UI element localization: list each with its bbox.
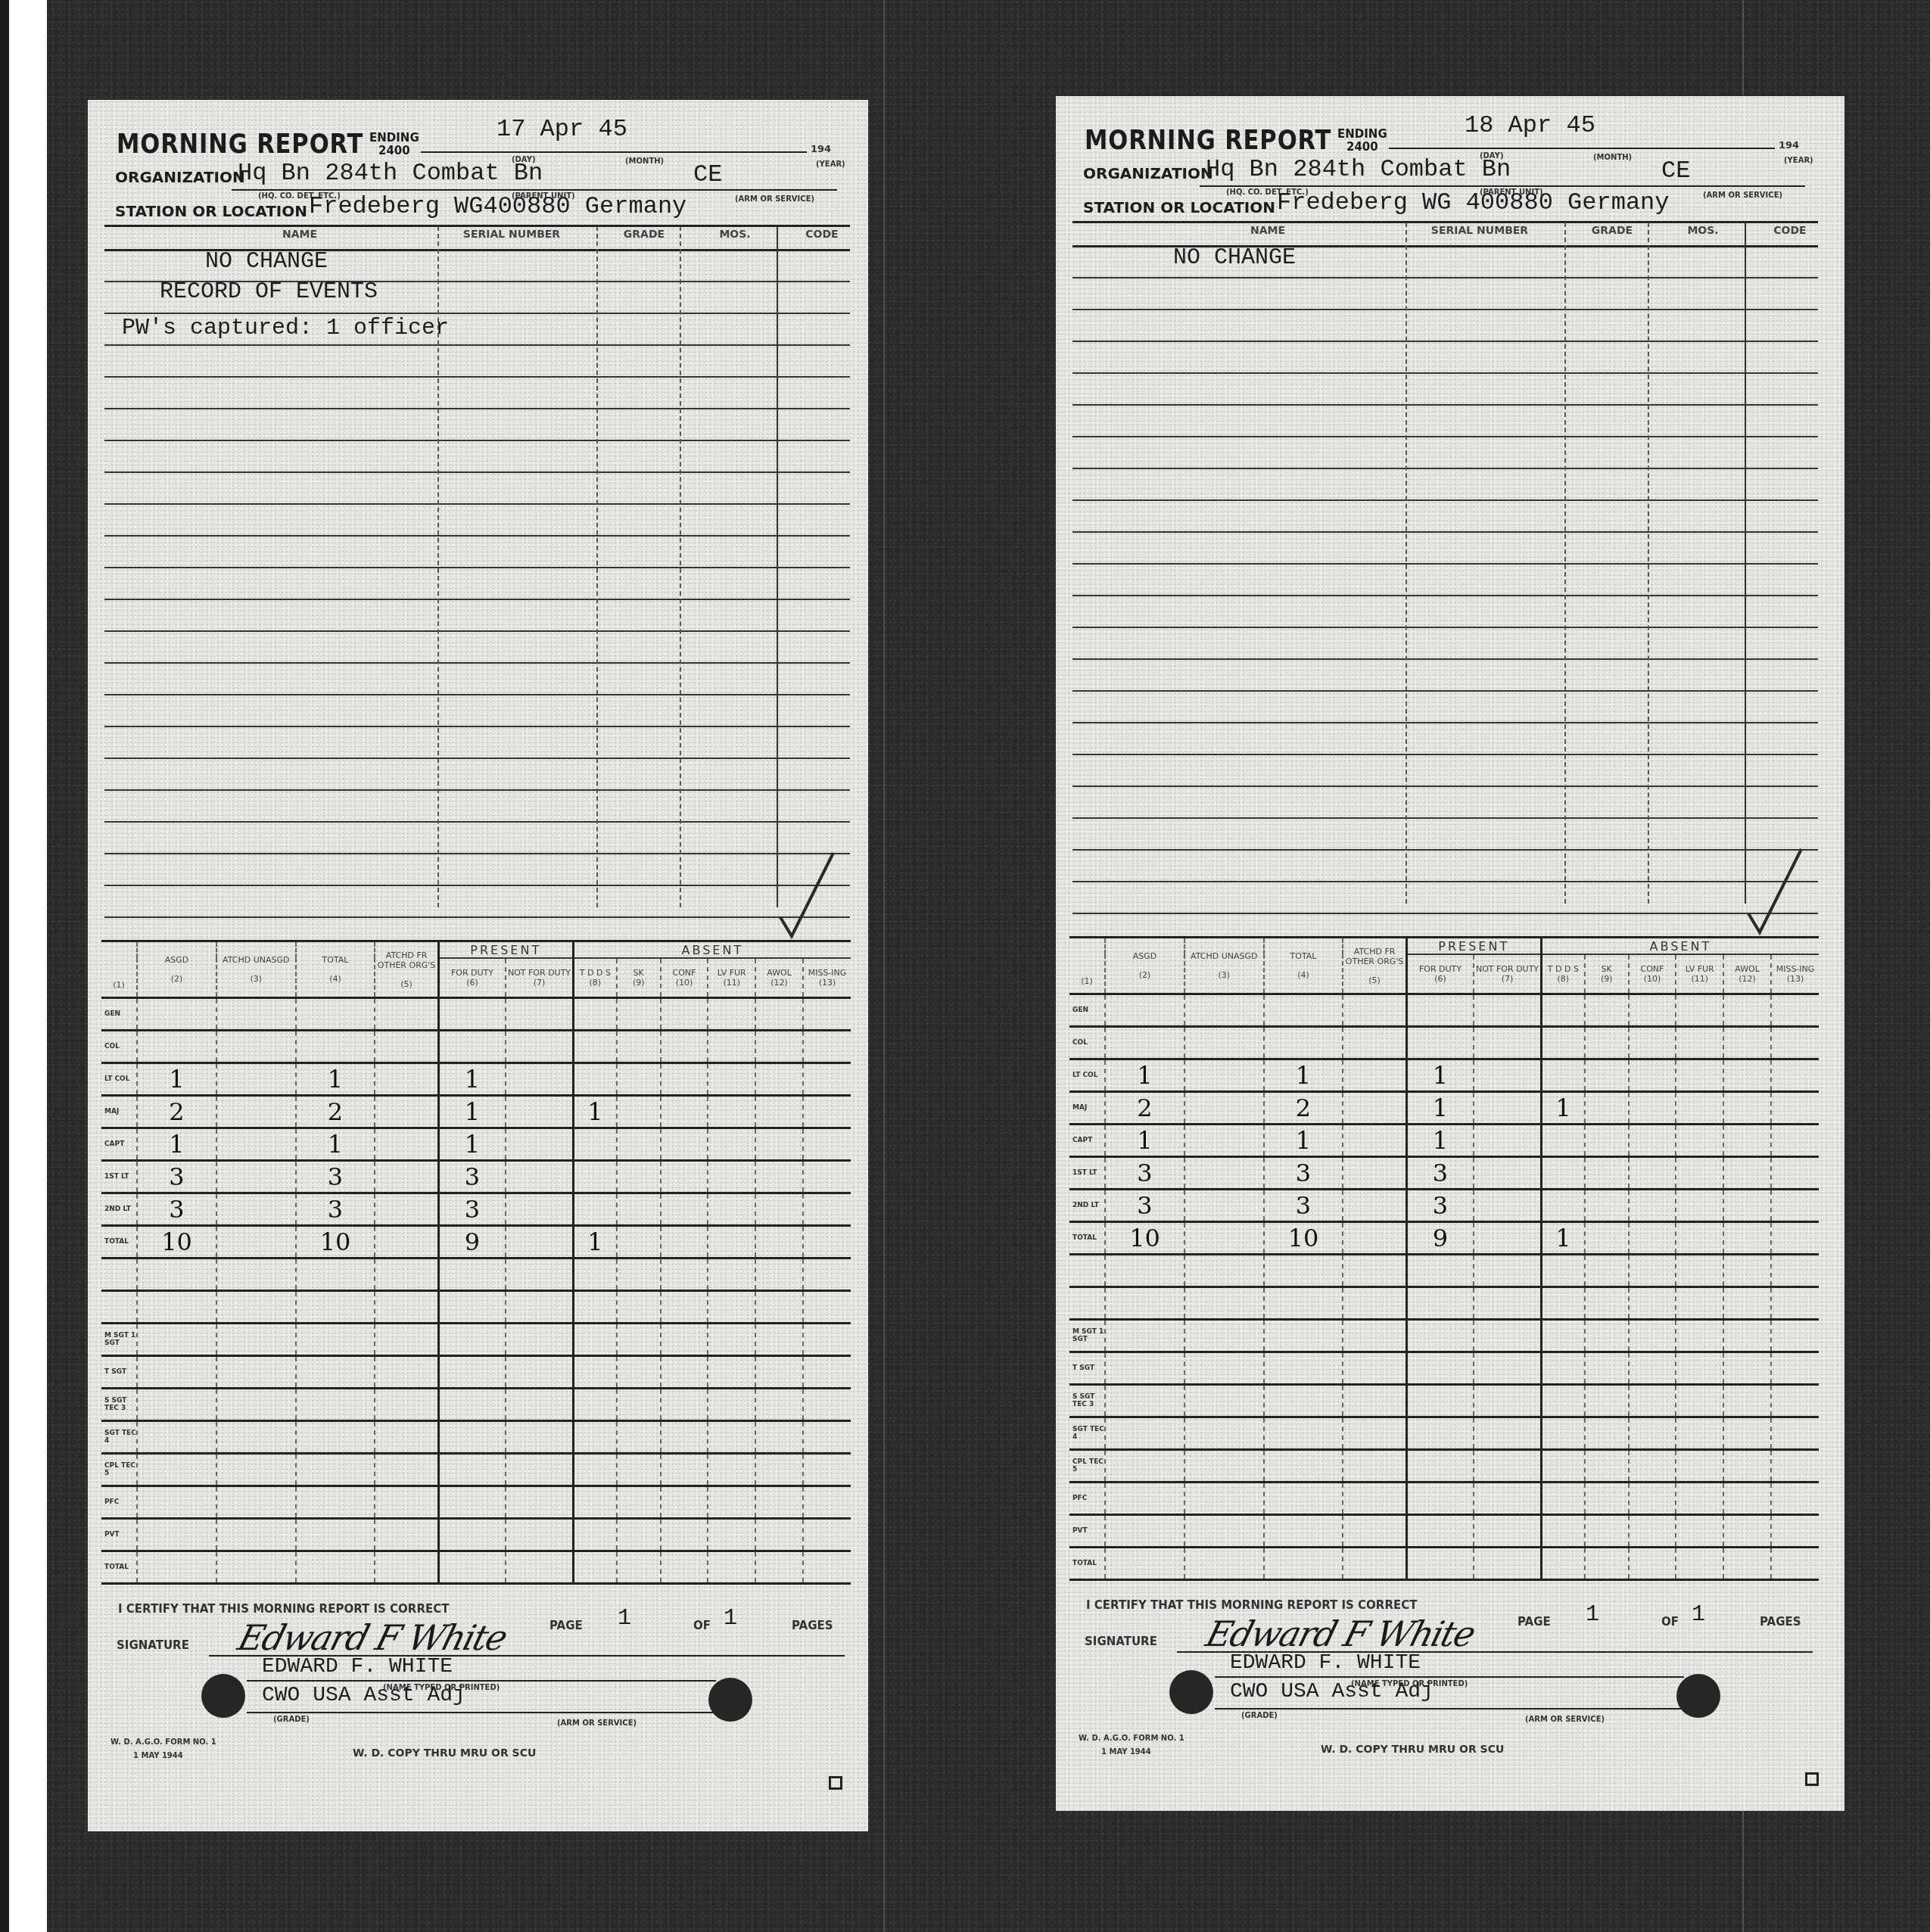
copy-note: W. D. COPY THRU MRU OR SCU: [353, 1747, 536, 1759]
entry-rule: [1072, 563, 1818, 565]
grade-label: 1ST LT: [1069, 1157, 1105, 1190]
strength-col-header: TOTAL(4): [296, 941, 375, 998]
grade-label: COL: [1069, 1027, 1105, 1059]
total-pages: 1: [724, 1606, 737, 1632]
td-ds-value: 1: [1541, 1092, 1585, 1125]
for-duty-value: [438, 1031, 506, 1063]
td-ds-value: [1541, 1157, 1585, 1190]
entry-rule: [1072, 690, 1818, 692]
form-title: MORNING REPORT: [117, 129, 363, 160]
total-value: 2: [296, 1096, 375, 1128]
column-divider: [1564, 222, 1566, 904]
station-label: STATION OR LOCATION: [1083, 198, 1275, 216]
asgd-value: 3: [1105, 1190, 1184, 1222]
officer-strength-row: GEN: [1069, 994, 1819, 1027]
entry-rule: [104, 376, 850, 378]
morning-report-form-18-apr: MORNING REPORT ENDING2400 18 Apr 45 194 …: [1056, 96, 1844, 1811]
strength-table: (1)ASGD(2)ATCHD UNASGD(3)TOTAL(4)ATCHD F…: [1069, 936, 1819, 1581]
entry-rule: [1072, 404, 1818, 406]
strength-col-header: SK(9): [1585, 954, 1629, 994]
col-grade: GRADE: [1570, 225, 1654, 237]
asgd-value: [1105, 994, 1184, 1027]
punch-hole-right: [708, 1678, 752, 1722]
entry-rule: [104, 885, 850, 886]
entry-rule: [104, 821, 850, 823]
grade-label: LT COL: [101, 1063, 137, 1096]
enlisted-strength-row: S SGT TEC 3: [101, 1389, 851, 1421]
entry-rule: [104, 916, 850, 918]
of-label: OF: [1661, 1615, 1679, 1629]
officer-strength-row: GEN: [101, 998, 851, 1031]
name-line: [1215, 1676, 1684, 1678]
grade-label: MAJ: [1069, 1092, 1105, 1125]
entry-rule: [104, 471, 850, 473]
grade-label: PVT: [101, 1519, 137, 1551]
enlisted-strength-row: PFC: [101, 1486, 851, 1519]
form-date: 1 MAY 1944: [1101, 1748, 1151, 1756]
col-grade: GRADE: [602, 229, 686, 241]
column-divider: [1405, 222, 1407, 904]
strength-col-header: AWOL(12): [755, 958, 803, 998]
officer-strength-row: TOTAL101091: [1069, 1222, 1819, 1255]
strength-col-header: LV FUR(11): [708, 958, 755, 998]
td-ds-value: [573, 1193, 617, 1226]
entry-line-1: NO CHANGE: [1173, 245, 1296, 271]
td-ds-value: 1: [573, 1096, 617, 1128]
for-duty-value: 1: [438, 1096, 506, 1128]
station-value: Fredeberg WG 400880 Germany: [1277, 188, 1669, 216]
grade-label: GEN: [101, 998, 137, 1031]
total-value: 3: [296, 1193, 375, 1226]
entry-rule: [1072, 913, 1818, 914]
entry-rule: [104, 503, 850, 505]
td-ds-value: [1541, 1027, 1585, 1059]
enlisted-strength-row: T SGT: [101, 1356, 851, 1389]
enlisted-strength-row: PVT: [1069, 1515, 1819, 1548]
officer-strength-row: 2ND LT333: [1069, 1190, 1819, 1222]
date-line: [421, 151, 807, 153]
enlisted-strength-row: CPL TEC 5: [1069, 1450, 1819, 1482]
strength-col-header: AWOL(12): [1723, 954, 1771, 994]
td-ds-value: [573, 1031, 617, 1063]
corner-checkbox: [1805, 1772, 1819, 1786]
page-label: PAGE: [1518, 1615, 1551, 1629]
asgd-value: 1: [1105, 1125, 1184, 1157]
grade-hint: (GRADE): [273, 1716, 310, 1724]
page-number: 1: [618, 1606, 631, 1632]
td-ds-value: [1541, 1125, 1585, 1157]
present-group-header: PRESENT: [438, 941, 573, 959]
total-value: 3: [1264, 1157, 1343, 1190]
organization-label: ORGANIZATION: [115, 168, 245, 186]
entry-rule: [1072, 436, 1818, 437]
year-prefix: 194: [1779, 140, 1799, 151]
grade-label: [1069, 1287, 1105, 1320]
punch-hole-left: [201, 1674, 245, 1718]
strength-col-header: NOT FOR DUTY(7): [506, 958, 573, 998]
entry-rule: [104, 440, 850, 441]
entry-rule: [1072, 627, 1818, 628]
for-duty-value: 1: [438, 1128, 506, 1161]
strength-col-header: ATCHD UNASGD(3): [216, 941, 296, 998]
total-value: 1: [296, 1063, 375, 1096]
entry-rule: [104, 344, 850, 346]
asgd-value: 3: [137, 1161, 216, 1193]
asgd-value: 1: [1105, 1059, 1184, 1092]
form-number: W. D. A.G.O. FORM NO. 1: [111, 1738, 216, 1747]
col-serial-number: SERIAL NUMBER: [444, 229, 580, 241]
enlisted-strength-row: TOTAL: [101, 1551, 851, 1584]
strength-col-header: ASGD(2): [1105, 938, 1184, 994]
entry-rule: [104, 535, 850, 537]
col-code: CODE: [788, 229, 856, 241]
entry-rule: [1072, 531, 1818, 533]
officer-strength-row: 1ST LT333: [101, 1161, 851, 1193]
enlisted-strength-row: PVT: [101, 1519, 851, 1551]
col-mos: MOS.: [1661, 225, 1745, 237]
enlisted-strength-row: [101, 1258, 851, 1291]
entry-rule: [104, 694, 850, 695]
asgd-value: 3: [1105, 1157, 1184, 1190]
for-duty-value: 1: [1406, 1059, 1474, 1092]
entry-rule: [1072, 309, 1818, 310]
ending-label: ENDING2400: [369, 132, 419, 157]
strength-col-header: ATCHD FR OTHER ORG'S(5): [1343, 938, 1406, 994]
for-duty-value: 1: [1406, 1125, 1474, 1157]
entry-rule: [104, 567, 850, 568]
asgd-value: 10: [137, 1226, 216, 1258]
month-hint: (MONTH): [1593, 154, 1632, 162]
td-ds-value: [1541, 1059, 1585, 1092]
station-value: Fredeberg WG400880 Germany: [309, 192, 686, 220]
entry-rule: [1072, 722, 1818, 723]
grade-label: LT COL: [1069, 1059, 1105, 1092]
strength-col-header: ASGD(2): [137, 941, 216, 998]
total-pages: 1: [1692, 1602, 1705, 1628]
punch-hole-left: [1169, 1670, 1213, 1714]
enlisted-strength-row: M SGT 1 SGT: [101, 1324, 851, 1356]
pages-label: PAGES: [1760, 1615, 1801, 1629]
entry-rule: [1072, 754, 1818, 755]
grade-label: [101, 1258, 137, 1291]
pages-label: PAGES: [792, 1619, 833, 1632]
total-value: 1: [1264, 1059, 1343, 1092]
strength-col-header: FOR DUTY(6): [438, 958, 506, 998]
strength-col-header: CONF(10): [661, 958, 708, 998]
entry-rule: [104, 662, 850, 664]
for-duty-value: 1: [1406, 1092, 1474, 1125]
grade-label: T SGT: [1069, 1352, 1105, 1385]
report-date: 18 Apr 45: [1465, 111, 1595, 139]
td-ds-value: 1: [573, 1226, 617, 1258]
asgd-value: 1: [137, 1128, 216, 1161]
for-duty-value: [1406, 1027, 1474, 1059]
signature-label: SIGNATURE: [1085, 1635, 1157, 1648]
of-label: OF: [693, 1619, 711, 1632]
grade-label: TOTAL: [1069, 1222, 1105, 1255]
organization-line: [1200, 185, 1805, 187]
enlisted-strength-row: [101, 1291, 851, 1324]
officer-strength-row: TOTAL101091: [101, 1226, 851, 1258]
grade-label: M SGT 1 SGT: [101, 1324, 137, 1356]
strength-col-header: T D D S(8): [573, 958, 617, 998]
grade-label: S SGT TEC 3: [1069, 1385, 1105, 1417]
grade-label: PVT: [1069, 1515, 1105, 1548]
asgd-value: 3: [137, 1193, 216, 1226]
grade-label: SGT TEC 4: [1069, 1417, 1105, 1450]
total-value: [1264, 994, 1343, 1027]
year-hint: (YEAR): [1784, 157, 1813, 165]
enlisted-strength-row: T SGT: [1069, 1352, 1819, 1385]
column-divider: [1648, 222, 1649, 904]
certification-text: I CERTIFY THAT THIS MORNING REPORT IS CO…: [118, 1602, 449, 1616]
organization-value: Hq Bn 284th Combat Bn: [238, 159, 543, 187]
total-value: 10: [296, 1226, 375, 1258]
total-value: 3: [1264, 1190, 1343, 1222]
report-date: 17 Apr 45: [497, 115, 627, 143]
col-code: CODE: [1756, 225, 1824, 237]
absent-group-header: ABSENT: [573, 941, 851, 959]
entry-rule: [1072, 277, 1818, 278]
ending-label: ENDING2400: [1337, 128, 1387, 154]
for-duty-value: [1406, 994, 1474, 1027]
signature-label: SIGNATURE: [117, 1638, 189, 1652]
grade-hint: (GRADE): [1241, 1712, 1278, 1720]
for-duty-value: 3: [438, 1161, 506, 1193]
asgd-value: 1: [137, 1063, 216, 1096]
strength-col-header: SK(9): [617, 958, 661, 998]
header-rule: [104, 225, 850, 227]
officer-strength-row: MAJ2211: [101, 1096, 851, 1128]
asgd-value: 10: [1105, 1222, 1184, 1255]
strength-col-header: NOT FOR DUTY(7): [1474, 954, 1541, 994]
entry-rule: [1072, 372, 1818, 374]
td-ds-value: [573, 1128, 617, 1161]
col-serial-number: SERIAL NUMBER: [1412, 225, 1548, 237]
strength-table: (1)ASGD(2)ATCHD UNASGD(3)TOTAL(4)ATCHD F…: [101, 940, 851, 1585]
td-ds-value: [573, 998, 617, 1031]
enlisted-strength-row: [1069, 1287, 1819, 1320]
copy-note: W. D. COPY THRU MRU OR SCU: [1321, 1744, 1504, 1756]
entry-rule: [104, 726, 850, 727]
handwritten-signature: Edward F White: [234, 1617, 511, 1658]
strength-col-header: LV FUR(11): [1676, 954, 1723, 994]
officer-strength-row: COL: [101, 1031, 851, 1063]
grade-label: M SGT 1 SGT: [1069, 1320, 1105, 1352]
col-name: NAME: [239, 229, 360, 241]
name-line: [247, 1680, 716, 1682]
grade-label: CPL TEC 5: [101, 1454, 137, 1486]
entry-lines: [1072, 245, 1818, 926]
entry-rule: [104, 313, 850, 314]
strength-col-header: MISS-ING(13): [803, 958, 851, 998]
header-rule: [1072, 221, 1818, 223]
form-number: W. D. A.G.O. FORM NO. 1: [1079, 1734, 1184, 1743]
grade-label: GEN: [1069, 994, 1105, 1027]
grade-label: TOTAL: [101, 1226, 137, 1258]
signer-grade: CWO USA Asst Adj: [262, 1684, 465, 1707]
checkmark-icon: [1741, 842, 1809, 940]
grade-label: T SGT: [101, 1356, 137, 1389]
organization-value: Hq Bn 284th Combat Bn: [1206, 155, 1511, 183]
column-divider: [596, 226, 598, 907]
arm-or-service-value: CE: [693, 160, 722, 188]
td-ds-value: [1541, 1190, 1585, 1222]
col-mos: MOS.: [693, 229, 777, 241]
officer-strength-row: LT COL111: [1069, 1059, 1819, 1092]
grade-label: MAJ: [101, 1096, 137, 1128]
grade-label: CPL TEC 5: [1069, 1450, 1105, 1482]
entry-rule: [1072, 341, 1818, 342]
total-value: 1: [296, 1128, 375, 1161]
form-date: 1 MAY 1944: [133, 1752, 183, 1760]
asgd-value: [137, 998, 216, 1031]
entry-line-1: NO CHANGE: [205, 249, 328, 275]
enlisted-strength-row: M SGT 1 SGT: [1069, 1320, 1819, 1352]
officer-strength-row: LT COL111: [101, 1063, 851, 1096]
grade-label: TOTAL: [1069, 1548, 1105, 1580]
handwritten-signature: Edward F White: [1202, 1613, 1479, 1654]
enlisted-strength-row: CPL TEC 5: [101, 1454, 851, 1486]
entry-rule: [1072, 817, 1818, 819]
for-duty-value: 9: [1406, 1222, 1474, 1255]
asgd-value: [1105, 1027, 1184, 1059]
entry-rule: [1072, 849, 1818, 851]
strength-col-header: T D D S(8): [1541, 954, 1585, 994]
column-divider: [1745, 222, 1746, 904]
grade-label: PFC: [101, 1486, 137, 1519]
present-group-header: PRESENT: [1406, 938, 1541, 955]
enlisted-strength-row: SGT TEC 4: [101, 1421, 851, 1454]
total-value: 3: [296, 1161, 375, 1193]
arm-or-service-value: CE: [1661, 157, 1690, 185]
organization-label: ORGANIZATION: [1083, 164, 1213, 182]
for-duty-value: 3: [438, 1193, 506, 1226]
arm-hint: (ARM OR SERVICE): [1703, 191, 1782, 200]
form-title: MORNING REPORT: [1085, 125, 1331, 156]
for-duty-value: [438, 998, 506, 1031]
arm-hint-bottom: (ARM OR SERVICE): [1525, 1716, 1605, 1724]
entry-rule: [1072, 595, 1818, 596]
column-divider: [777, 226, 778, 907]
signer-name: EDWARD F. WHITE: [262, 1655, 453, 1678]
officer-strength-row: MAJ2211: [1069, 1092, 1819, 1125]
enlisted-strength-row: SGT TEC 4: [1069, 1417, 1819, 1450]
grade-label: 2ND LT: [101, 1193, 137, 1226]
arm-hint: (ARM OR SERVICE): [735, 195, 814, 204]
entry-rule: [104, 758, 850, 759]
grade-line: [1215, 1708, 1684, 1710]
certification-text: I CERTIFY THAT THIS MORNING REPORT IS CO…: [1086, 1598, 1417, 1612]
total-value: 1: [1264, 1125, 1343, 1157]
checkmark-icon: [773, 845, 841, 944]
signer-name: EDWARD F. WHITE: [1230, 1651, 1421, 1675]
grade-label: CAPT: [1069, 1125, 1105, 1157]
total-value: 2: [1264, 1092, 1343, 1125]
corner-checkbox: [829, 1776, 842, 1790]
total-value: [296, 1031, 375, 1063]
grade-label: TOTAL: [101, 1551, 137, 1584]
page-label: PAGE: [549, 1619, 583, 1632]
year-prefix: 194: [811, 144, 831, 155]
for-duty-value: 3: [1406, 1157, 1474, 1190]
td-ds-value: 1: [1541, 1222, 1585, 1255]
grade-label: COL: [101, 1031, 137, 1063]
for-duty-value: 9: [438, 1226, 506, 1258]
entry-rule: [1072, 468, 1818, 469]
entry-rule: [1072, 499, 1818, 501]
entry-rule: [1072, 786, 1818, 787]
entry-rule: [104, 599, 850, 600]
total-value: [1264, 1027, 1343, 1059]
scan-edge-bar: [0, 0, 9, 1932]
td-ds-value: [573, 1161, 617, 1193]
grade-label: [1069, 1255, 1105, 1287]
asgd-value: [137, 1031, 216, 1063]
punch-hole-right: [1676, 1674, 1720, 1718]
entry-rule: [104, 408, 850, 409]
enlisted-strength-row: S SGT TEC 3: [1069, 1385, 1819, 1417]
entry-rule: [104, 853, 850, 854]
strength-col-header: TOTAL(4): [1264, 938, 1343, 994]
grade-label: [101, 1291, 137, 1324]
grade-line: [247, 1712, 716, 1713]
grade-label: SGT TEC 4: [101, 1421, 137, 1454]
entry-rule: [104, 630, 850, 632]
enlisted-strength-row: TOTAL: [1069, 1548, 1819, 1580]
month-hint: (MONTH): [625, 157, 664, 166]
grade-label: S SGT TEC 3: [101, 1389, 137, 1421]
page-number: 1: [1586, 1602, 1599, 1628]
film-scratch-line: [883, 0, 885, 1932]
grade-label: 2ND LT: [1069, 1190, 1105, 1222]
date-line: [1389, 148, 1775, 149]
td-ds-value: [1541, 994, 1585, 1027]
strength-col-header: ATCHD UNASGD(3): [1184, 938, 1264, 994]
total-value: 10: [1264, 1222, 1343, 1255]
column-divider: [680, 226, 681, 907]
officer-strength-row: CAPT111: [101, 1128, 851, 1161]
strength-col-header: ATCHD FR OTHER ORG'S(5): [375, 941, 438, 998]
station-label: STATION OR LOCATION: [115, 202, 307, 220]
officer-strength-row: 2ND LT333: [101, 1193, 851, 1226]
for-duty-value: 1: [438, 1063, 506, 1096]
year-hint: (YEAR): [816, 160, 845, 169]
asgd-value: 2: [137, 1096, 216, 1128]
absent-group-header: ABSENT: [1541, 938, 1819, 955]
enlisted-strength-row: PFC: [1069, 1482, 1819, 1515]
officer-strength-row: CAPT111: [1069, 1125, 1819, 1157]
entry-line-3: PW's captured: 1 officer: [122, 316, 449, 341]
strength-col-header: MISS-ING(13): [1771, 954, 1819, 994]
entry-rule: [1072, 658, 1818, 660]
signer-grade: CWO USA Asst Adj: [1230, 1680, 1433, 1703]
organization-line: [232, 189, 837, 191]
strength-col-header: FOR DUTY(6): [1406, 954, 1474, 994]
grade-label: CAPT: [101, 1128, 137, 1161]
grade-label: PFC: [1069, 1482, 1105, 1515]
enlisted-strength-row: [1069, 1255, 1819, 1287]
grade-label: 1ST LT: [101, 1161, 137, 1193]
col-name: NAME: [1207, 225, 1328, 237]
asgd-value: 2: [1105, 1092, 1184, 1125]
strength-col-header: CONF(10): [1629, 954, 1676, 994]
officer-strength-row: COL: [1069, 1027, 1819, 1059]
entry-lines: [104, 249, 850, 930]
entry-rule: [104, 789, 850, 791]
for-duty-value: 3: [1406, 1190, 1474, 1222]
entry-rule: [1072, 881, 1818, 882]
